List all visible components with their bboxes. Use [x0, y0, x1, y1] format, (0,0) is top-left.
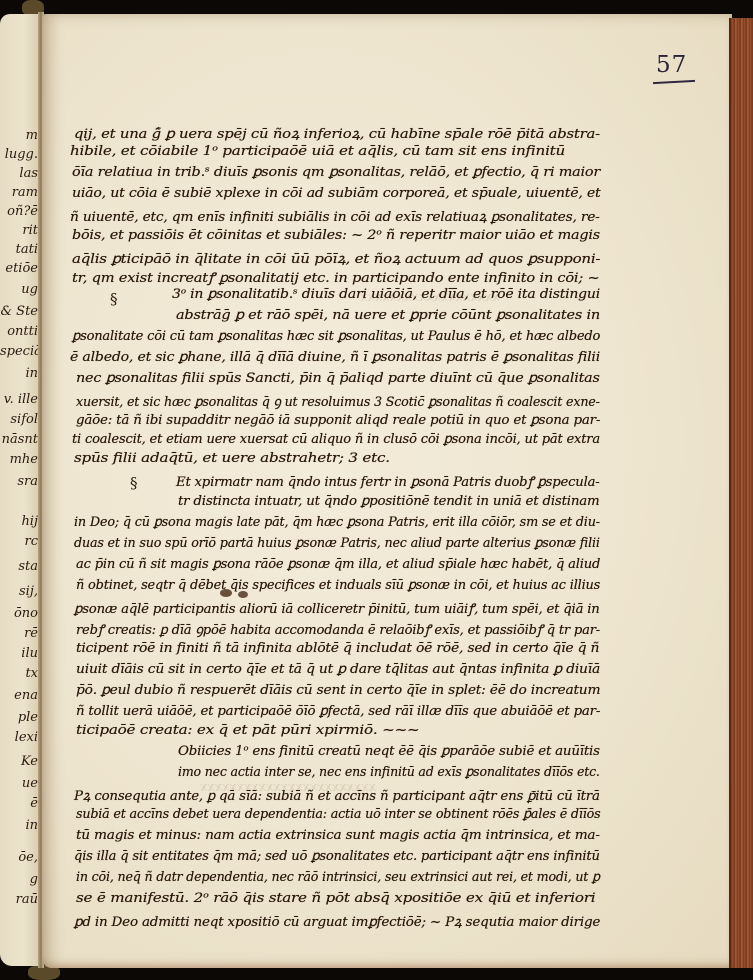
facing-fragment: & Ste — [0, 304, 38, 319]
facing-fragment: in — [0, 818, 38, 833]
facing-fragment: rē — [0, 626, 38, 641]
text-line: ñ uiuentē, etc, qm enīs infiniti subiāli… — [70, 207, 600, 225]
facing-fragment: rc — [0, 534, 38, 549]
facing-fragment: ōno — [0, 606, 38, 621]
text-line: ticipent rōē in finiti ñ tā infinita abl… — [76, 641, 599, 656]
facing-fragment: Ke — [0, 754, 38, 769]
text-line: nec ꝑsonalitas filii spūs Sancti, p̄in q… — [76, 371, 600, 386]
text-line: spūs filii adaq̄tū, et uere abstrahetr; … — [74, 451, 390, 466]
facing-fragment: ple — [0, 710, 38, 725]
text-line: ē albedo, et sic ꝑhane, illā q̄ dīīā diu… — [70, 350, 600, 365]
facing-fragment: sra — [0, 474, 38, 489]
facing-fragment: rit — [0, 223, 38, 238]
facing-fragment: mhe — [0, 452, 38, 467]
facing-fragment: ē — [0, 796, 38, 811]
facing-page-edge: m lugg. las ram oñ?ē rit tati etiōe ug &… — [0, 14, 40, 966]
text-line: rebꝭ creatis: ꝑ dīā ꝯpōē habita accomoda… — [76, 620, 600, 638]
facing-fragment: ena — [0, 688, 38, 703]
text-line: Et xpirmatr nam q̄ndo intus fertr in ꝑso… — [176, 472, 600, 490]
text-line: ti coalescit, et etiam uere xuersat cū a… — [72, 432, 600, 447]
facing-fragment: g — [0, 872, 38, 887]
facing-fragment: sta — [0, 559, 38, 574]
folio-number: 57 — [656, 52, 687, 78]
text-line: gāōe: tā ñ ibi supadditr negāō iā suppon… — [76, 413, 600, 428]
text-line: Pꝝ consequtia ante, ꝑ qā sīā: subiā ñ et… — [74, 786, 600, 804]
text-line: ac p̄in cū ñ sit magis ꝑsona rāōe ꝑsonæ … — [76, 557, 600, 572]
facing-fragment: nāsnt — [0, 432, 38, 447]
facing-fragment: lexi — [0, 730, 38, 745]
text-line: ꝑsonæ aq̄lē participantis aliorū iā coll… — [74, 599, 600, 617]
text-line: tū magis et minus: nam actia extrinsica … — [76, 828, 600, 843]
text-line: q̄is illa q̄ sit entitates q̄m mā; sed u… — [74, 849, 600, 864]
facing-fragment: ram — [0, 185, 38, 200]
text-line: ñ obtinet, seqtr q̄ dēbet q̄is specifice… — [76, 578, 600, 593]
text-line: bōis, et passiōis ēt cōinitas et subiāle… — [72, 228, 600, 243]
text-line: duas et in suo spū orīō partā huius ꝑson… — [74, 536, 600, 551]
manuscript-scan: m lugg. las ram oñ?ē rit tati etiōe ug &… — [0, 0, 753, 980]
facing-fragment: speciā — [0, 344, 38, 359]
text-line: xuersit, et sic hæc ꝑsonalitas q̄ ꝯ ut r… — [76, 392, 600, 410]
facing-fragment: ue — [0, 776, 38, 791]
section-mark: § — [130, 474, 138, 492]
text-line: uiāo, ut cōia ē subiē xplexe in cōi ad s… — [72, 186, 601, 201]
facing-fragment: raū — [0, 892, 38, 907]
text-line: ꝑsonalitate cōi cū tam ꝑsonalitas hæc si… — [72, 329, 600, 344]
facing-fragment: ontti — [0, 324, 38, 339]
facing-fragment: in — [0, 366, 38, 381]
fore-edge-leaves — [729, 18, 753, 968]
text-line: ōīa relatiua in trib.ˢ diuīs ꝑsonis qm ꝑ… — [72, 165, 600, 180]
text-line: Obiicies 1ᵒ ens finitū creatū neqt ēē q̄… — [178, 744, 600, 759]
facing-fragment: v. ille — [0, 392, 38, 407]
text-line: tr distincta intuatr, ut q̄ndo ꝑpositiōn… — [178, 494, 599, 509]
text-line: ꝑd in Deo admitti neqt xpositiō cū argua… — [74, 912, 600, 930]
text-line: abstrāḡ ꝑ et rāō spēi, nā uere et ꝑprie … — [176, 308, 600, 323]
text-line: subiā et accīns debet uera dependentia: … — [76, 807, 600, 822]
text-line: hibile, et cōiabile 1ᵒ participaōē uiā e… — [70, 144, 565, 159]
section-mark: § — [110, 290, 118, 308]
facing-fragment: ōe, — [0, 850, 38, 865]
text-line: in cōi, neq̄ ñ datr dependentia, nec rāō… — [76, 870, 600, 885]
text-line: se ē manifestū. 2ᵒ rāō q̄is stare ñ pōt … — [76, 891, 595, 906]
text-line: 3ᵒ in ꝑsonalitatib.ˢ diuīs dari uiāōiā, … — [172, 287, 600, 302]
facing-fragment: etiōe — [0, 261, 38, 276]
facing-fragment: tati — [0, 242, 38, 257]
facing-fragment: lugg. — [0, 147, 38, 162]
facing-fragment: oñ?ē — [0, 204, 38, 219]
text-line: aq̄lis ꝑticipāō in q̄litate in cōi ūū pō… — [72, 249, 600, 267]
facing-fragment: m — [0, 128, 38, 143]
text-line: uiuit dīāis cū sit in certo q̄īe et tā q… — [76, 662, 600, 677]
text-line: imo nec actia inter se, nec ens infinitū… — [178, 765, 600, 780]
facing-fragment: las — [0, 166, 38, 181]
facing-fragment: ilu — [0, 646, 38, 661]
text-line: ticipaōē creata: ex q̄ et pāt pūri xpirm… — [76, 723, 420, 738]
facing-fragment: tx — [0, 666, 38, 681]
text-line: tr, qm exist increatꝭ ꝑsonalitatij etc. … — [72, 268, 600, 286]
facing-fragment: sifol — [0, 412, 38, 427]
text-line: ñ tollit uerā uiāōē, et participaōē ōīō … — [76, 704, 600, 719]
facing-fragment: ug — [0, 282, 38, 297]
text-line: qij, et una ǵ̃ ꝑ uera spēj cū ñoꝝ inferi… — [74, 124, 600, 142]
text-line: in Deo; q̄ cū ꝑsona magis late pāt, q̄m … — [74, 515, 600, 530]
text-line: p̄ō. ꝑeul dubio ñ respuerēt dīāis cū sen… — [76, 683, 600, 698]
facing-fragment: hij — [0, 514, 38, 529]
facing-fragment: sij, — [0, 584, 38, 599]
